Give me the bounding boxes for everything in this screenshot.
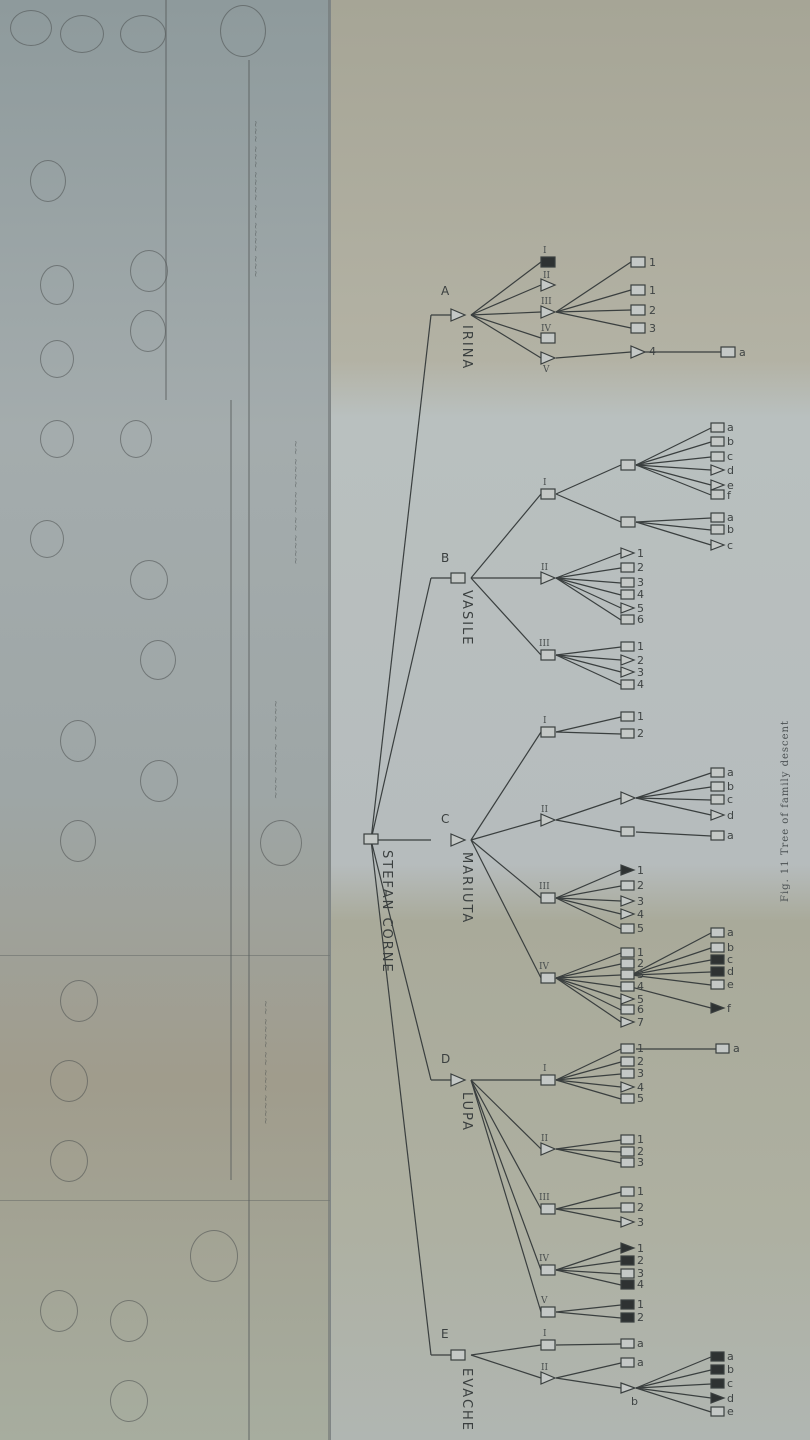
branch-name-lupa: LUPA	[459, 1092, 474, 1132]
node-filled	[711, 955, 724, 964]
svg-text:1: 1	[637, 710, 644, 723]
node-triangle	[711, 480, 724, 490]
manuscript-bubble	[30, 520, 64, 558]
branch-name-vasile: VASILE	[459, 590, 474, 647]
manuscript-bubble	[50, 1060, 88, 1102]
node-square	[631, 285, 645, 295]
node-triangle	[541, 814, 555, 826]
svg-text:II: II	[541, 1134, 549, 1144]
manuscript-bubble	[130, 250, 168, 292]
svg-text:a: a	[727, 766, 734, 779]
svg-text:1: 1	[637, 547, 644, 560]
node-square	[621, 970, 634, 979]
node-square	[451, 1350, 465, 1360]
manuscript-bubble	[140, 760, 178, 802]
node-square	[631, 305, 645, 315]
manuscript-bubble	[130, 560, 168, 600]
node-filled-triangle	[711, 1393, 724, 1403]
svg-text:2: 2	[637, 1311, 644, 1324]
svg-text:IV: IV	[539, 1254, 550, 1264]
manuscript-bubble	[60, 15, 104, 53]
manuscript-bubble	[60, 820, 96, 862]
manuscript-line	[0, 1200, 330, 1201]
manuscript-line	[165, 0, 167, 400]
svg-text:5: 5	[637, 922, 644, 935]
manuscript-bubble	[60, 720, 96, 762]
svg-text:1: 1	[649, 284, 656, 297]
manuscript-bubble	[220, 5, 266, 57]
node-square	[711, 1407, 724, 1416]
node-triangle	[621, 1217, 634, 1227]
svg-text:3: 3	[649, 322, 656, 335]
node-square	[621, 563, 634, 572]
node-square	[621, 712, 634, 721]
svg-text:f: f	[727, 1002, 732, 1015]
node-square	[541, 1265, 555, 1275]
manuscript-bubble	[260, 820, 302, 866]
node-filled-triangle	[621, 865, 634, 875]
node-square	[711, 423, 724, 432]
manuscript-handwriting: ~~~ ~~ ~~~~ ~~~	[270, 700, 280, 860]
figure-caption: Fig. 11 Tree of family descent	[780, 720, 791, 902]
svg-text:I: I	[543, 478, 547, 488]
node-square	[621, 959, 634, 968]
svg-text:d: d	[727, 965, 734, 978]
manuscript-bubble	[60, 980, 98, 1022]
node-square	[711, 943, 724, 952]
svg-text:2: 2	[637, 879, 644, 892]
manuscript-bubble	[40, 265, 74, 305]
node-triangle	[621, 655, 634, 665]
node-square	[621, 578, 634, 587]
svg-text:3: 3	[637, 1216, 644, 1229]
node-square	[621, 1135, 634, 1144]
svg-text:d: d	[727, 809, 734, 822]
node-square	[621, 881, 634, 890]
node-filled	[621, 1313, 634, 1322]
manuscript-bubble	[50, 1140, 88, 1182]
svg-text:4: 4	[637, 908, 644, 921]
svg-text:5: 5	[637, 1092, 644, 1105]
node-square	[711, 782, 724, 791]
branch-letter-d: D	[441, 1052, 450, 1066]
root-name: STEFAN CORNE	[379, 850, 394, 974]
node-square	[621, 948, 634, 957]
leaf-labels: 11234a abcdef abc 123456 1234 12 abcda 1…	[631, 256, 746, 1418]
manuscript-bubble	[120, 420, 152, 458]
svg-text:a: a	[733, 1042, 740, 1055]
node-triangle	[711, 810, 724, 820]
svg-text:II: II	[541, 1363, 549, 1373]
svg-text:c: c	[727, 450, 733, 463]
svg-text:III: III	[541, 297, 552, 307]
svg-text:6: 6	[637, 1003, 644, 1016]
svg-text:IV: IV	[541, 324, 552, 334]
node-square	[541, 1204, 555, 1214]
node-square	[711, 452, 724, 461]
node-square	[621, 590, 634, 599]
manuscript-bubble	[140, 640, 176, 680]
manuscript-bubble	[130, 310, 166, 352]
svg-text:a: a	[739, 346, 746, 359]
svg-text:b: b	[727, 523, 734, 536]
node-square	[621, 1203, 634, 1212]
svg-text:b: b	[727, 435, 734, 448]
svg-text:c: c	[727, 539, 733, 552]
node-square	[621, 460, 635, 470]
node-square	[621, 1057, 634, 1066]
node-square	[631, 257, 645, 267]
manuscript-bubble	[10, 10, 52, 46]
manuscript-line	[230, 400, 232, 1180]
node-filled	[621, 1256, 634, 1265]
svg-text:1: 1	[637, 1185, 644, 1198]
node-square	[711, 513, 724, 522]
node-square	[621, 615, 634, 624]
node-triangle	[711, 465, 724, 475]
manuscript-bubble	[40, 420, 74, 458]
node-square	[541, 727, 555, 737]
node-square	[541, 650, 555, 660]
node-square	[541, 1075, 555, 1085]
node-square	[721, 347, 735, 357]
node-triangle	[631, 346, 645, 358]
node-filled	[711, 1379, 724, 1388]
node-square	[541, 1307, 555, 1317]
node-filled-triangle	[711, 1003, 724, 1013]
svg-text:3: 3	[637, 1156, 644, 1169]
svg-text:d: d	[727, 1392, 734, 1405]
manuscript-bubble	[110, 1300, 148, 1342]
node-triangle	[451, 1074, 465, 1086]
manuscript-handwriting: ~~ ~~~~ ~~ ~~~ ~~~~	[260, 1000, 270, 1180]
svg-text:d: d	[727, 464, 734, 477]
node-triangle	[621, 603, 634, 613]
node-filled	[621, 1300, 634, 1309]
branch-name-mariuta: MARIUTA	[459, 852, 474, 924]
svg-text:V: V	[540, 1296, 548, 1306]
node-triangle	[621, 896, 634, 906]
svg-text:e: e	[727, 1405, 734, 1418]
svg-text:1: 1	[637, 1298, 644, 1311]
svg-text:II: II	[541, 805, 549, 815]
node-square	[711, 795, 724, 804]
node-square	[711, 831, 724, 840]
node-square	[451, 573, 465, 583]
genealogy-tree: STEFAN CORNE A IRINA B VASILE C MARIUTA …	[331, 0, 810, 1440]
node-triangle	[621, 1383, 635, 1393]
node-square	[716, 1044, 729, 1053]
svg-text:a: a	[727, 829, 734, 842]
node-square	[711, 525, 724, 534]
node-square	[621, 924, 634, 933]
svg-text:2: 2	[637, 727, 644, 740]
node-triangle	[541, 306, 555, 318]
svg-text:1: 1	[637, 640, 644, 653]
node-filled-triangle	[621, 1243, 634, 1253]
svg-text:a: a	[637, 1356, 644, 1369]
node-triangle	[451, 834, 465, 846]
svg-text:IV: IV	[539, 962, 550, 972]
manuscript-handwriting: ~~ ~~~~ ~~~ ~~ ~~~~	[290, 440, 300, 620]
svg-text:a: a	[727, 421, 734, 434]
svg-text:I: I	[543, 246, 547, 256]
svg-text:7: 7	[637, 1016, 644, 1029]
branch-letter-e: E	[441, 1327, 449, 1341]
node-square	[711, 437, 724, 446]
node-square	[541, 333, 555, 343]
node-triangle	[621, 1082, 634, 1092]
svg-text:4: 4	[637, 678, 644, 691]
node-square	[621, 1094, 634, 1103]
svg-text:2: 2	[637, 561, 644, 574]
svg-text:b: b	[727, 1363, 734, 1376]
node-square	[711, 490, 724, 499]
svg-text:a: a	[727, 926, 734, 939]
svg-text:3: 3	[637, 1067, 644, 1080]
svg-text:III: III	[539, 882, 550, 892]
node-triangle	[451, 309, 465, 321]
manuscript-photo: ~~~ ~~~ ~~~~ ~~ ~~~~ ~~~ ~~ ~~~~ ~~~ ~~ …	[0, 0, 330, 1440]
node-filled	[711, 967, 724, 976]
svg-text:1: 1	[637, 1042, 644, 1055]
node-square	[621, 1187, 634, 1196]
manuscript-bubble	[40, 340, 74, 378]
node-triangle	[541, 1143, 555, 1155]
svg-text:e: e	[727, 978, 734, 991]
manuscript-bubble	[120, 15, 166, 53]
node-square	[621, 1147, 634, 1156]
svg-text:I: I	[543, 1064, 547, 1074]
branch-letter-c: C	[441, 812, 449, 826]
node-square	[711, 928, 724, 937]
svg-text:b: b	[727, 780, 734, 793]
manuscript-line	[0, 955, 330, 956]
node-square	[711, 768, 724, 777]
svg-text:II: II	[541, 563, 549, 573]
node-filled	[541, 257, 555, 267]
node-triangle	[541, 1372, 555, 1384]
node-triangle	[541, 352, 555, 364]
svg-text:a: a	[727, 1350, 734, 1363]
node-triangle	[621, 909, 634, 919]
svg-text:1: 1	[649, 256, 656, 269]
svg-text:4: 4	[637, 1278, 644, 1291]
svg-text:1: 1	[637, 864, 644, 877]
branch-letter-a: A	[441, 284, 450, 298]
node-square	[621, 1158, 634, 1167]
node-square	[621, 1339, 634, 1348]
node-square	[621, 680, 634, 689]
svg-text:c: c	[727, 793, 733, 806]
manuscript-bubble	[190, 1230, 238, 1282]
root-node	[364, 834, 378, 844]
node-triangle	[711, 540, 724, 550]
node-square	[541, 893, 555, 903]
svg-text:2: 2	[649, 304, 656, 317]
node-square	[621, 1269, 634, 1278]
svg-text:2: 2	[637, 1201, 644, 1214]
node-square	[621, 517, 635, 527]
node-triangle	[621, 667, 634, 677]
node-triangle	[621, 792, 635, 804]
svg-text:4: 4	[649, 345, 656, 358]
svg-text:III: III	[539, 1193, 550, 1203]
node-square	[621, 1069, 634, 1078]
node-square	[541, 973, 555, 983]
svg-text:4: 4	[637, 588, 644, 601]
svg-text:4: 4	[637, 980, 644, 993]
node-filled	[711, 1352, 724, 1361]
svg-text:I: I	[543, 1329, 547, 1339]
node-square	[541, 489, 555, 499]
manuscript-handwriting: ~~~ ~~~ ~~~~ ~~ ~~~~ ~~~	[250, 120, 260, 300]
node-square	[621, 1005, 634, 1014]
branch-letter-b: B	[441, 551, 449, 565]
node-square	[631, 323, 645, 333]
svg-text:2: 2	[637, 1254, 644, 1267]
branch-name-irina: IRINA	[459, 325, 474, 370]
node-triangle	[541, 572, 555, 584]
node-square	[621, 1044, 634, 1053]
node-square	[621, 1358, 634, 1367]
node-filled	[711, 1365, 724, 1374]
node-square	[621, 982, 634, 991]
svg-text:b: b	[631, 1395, 638, 1408]
branch-name-evache: EVACHE	[459, 1368, 474, 1432]
manuscript-bubble	[110, 1380, 148, 1422]
node-triangle	[621, 548, 634, 558]
svg-text:3: 3	[637, 895, 644, 908]
manuscript-bubble	[30, 160, 66, 202]
node-triangle	[621, 1017, 634, 1027]
node-square	[711, 980, 724, 989]
node-square	[621, 642, 634, 651]
node-square	[621, 729, 634, 738]
svg-text:6: 6	[637, 613, 644, 626]
svg-text:V: V	[542, 365, 550, 375]
node-square	[621, 827, 634, 836]
node-filled	[621, 1280, 634, 1289]
manuscript-bubble	[40, 1290, 78, 1332]
svg-text:III: III	[539, 639, 550, 649]
svg-text:a: a	[637, 1337, 644, 1350]
node-square	[541, 1340, 555, 1350]
svg-text:c: c	[727, 1377, 733, 1390]
svg-text:I: I	[543, 716, 547, 726]
node-triangle	[621, 994, 634, 1004]
svg-text:II: II	[543, 271, 551, 281]
